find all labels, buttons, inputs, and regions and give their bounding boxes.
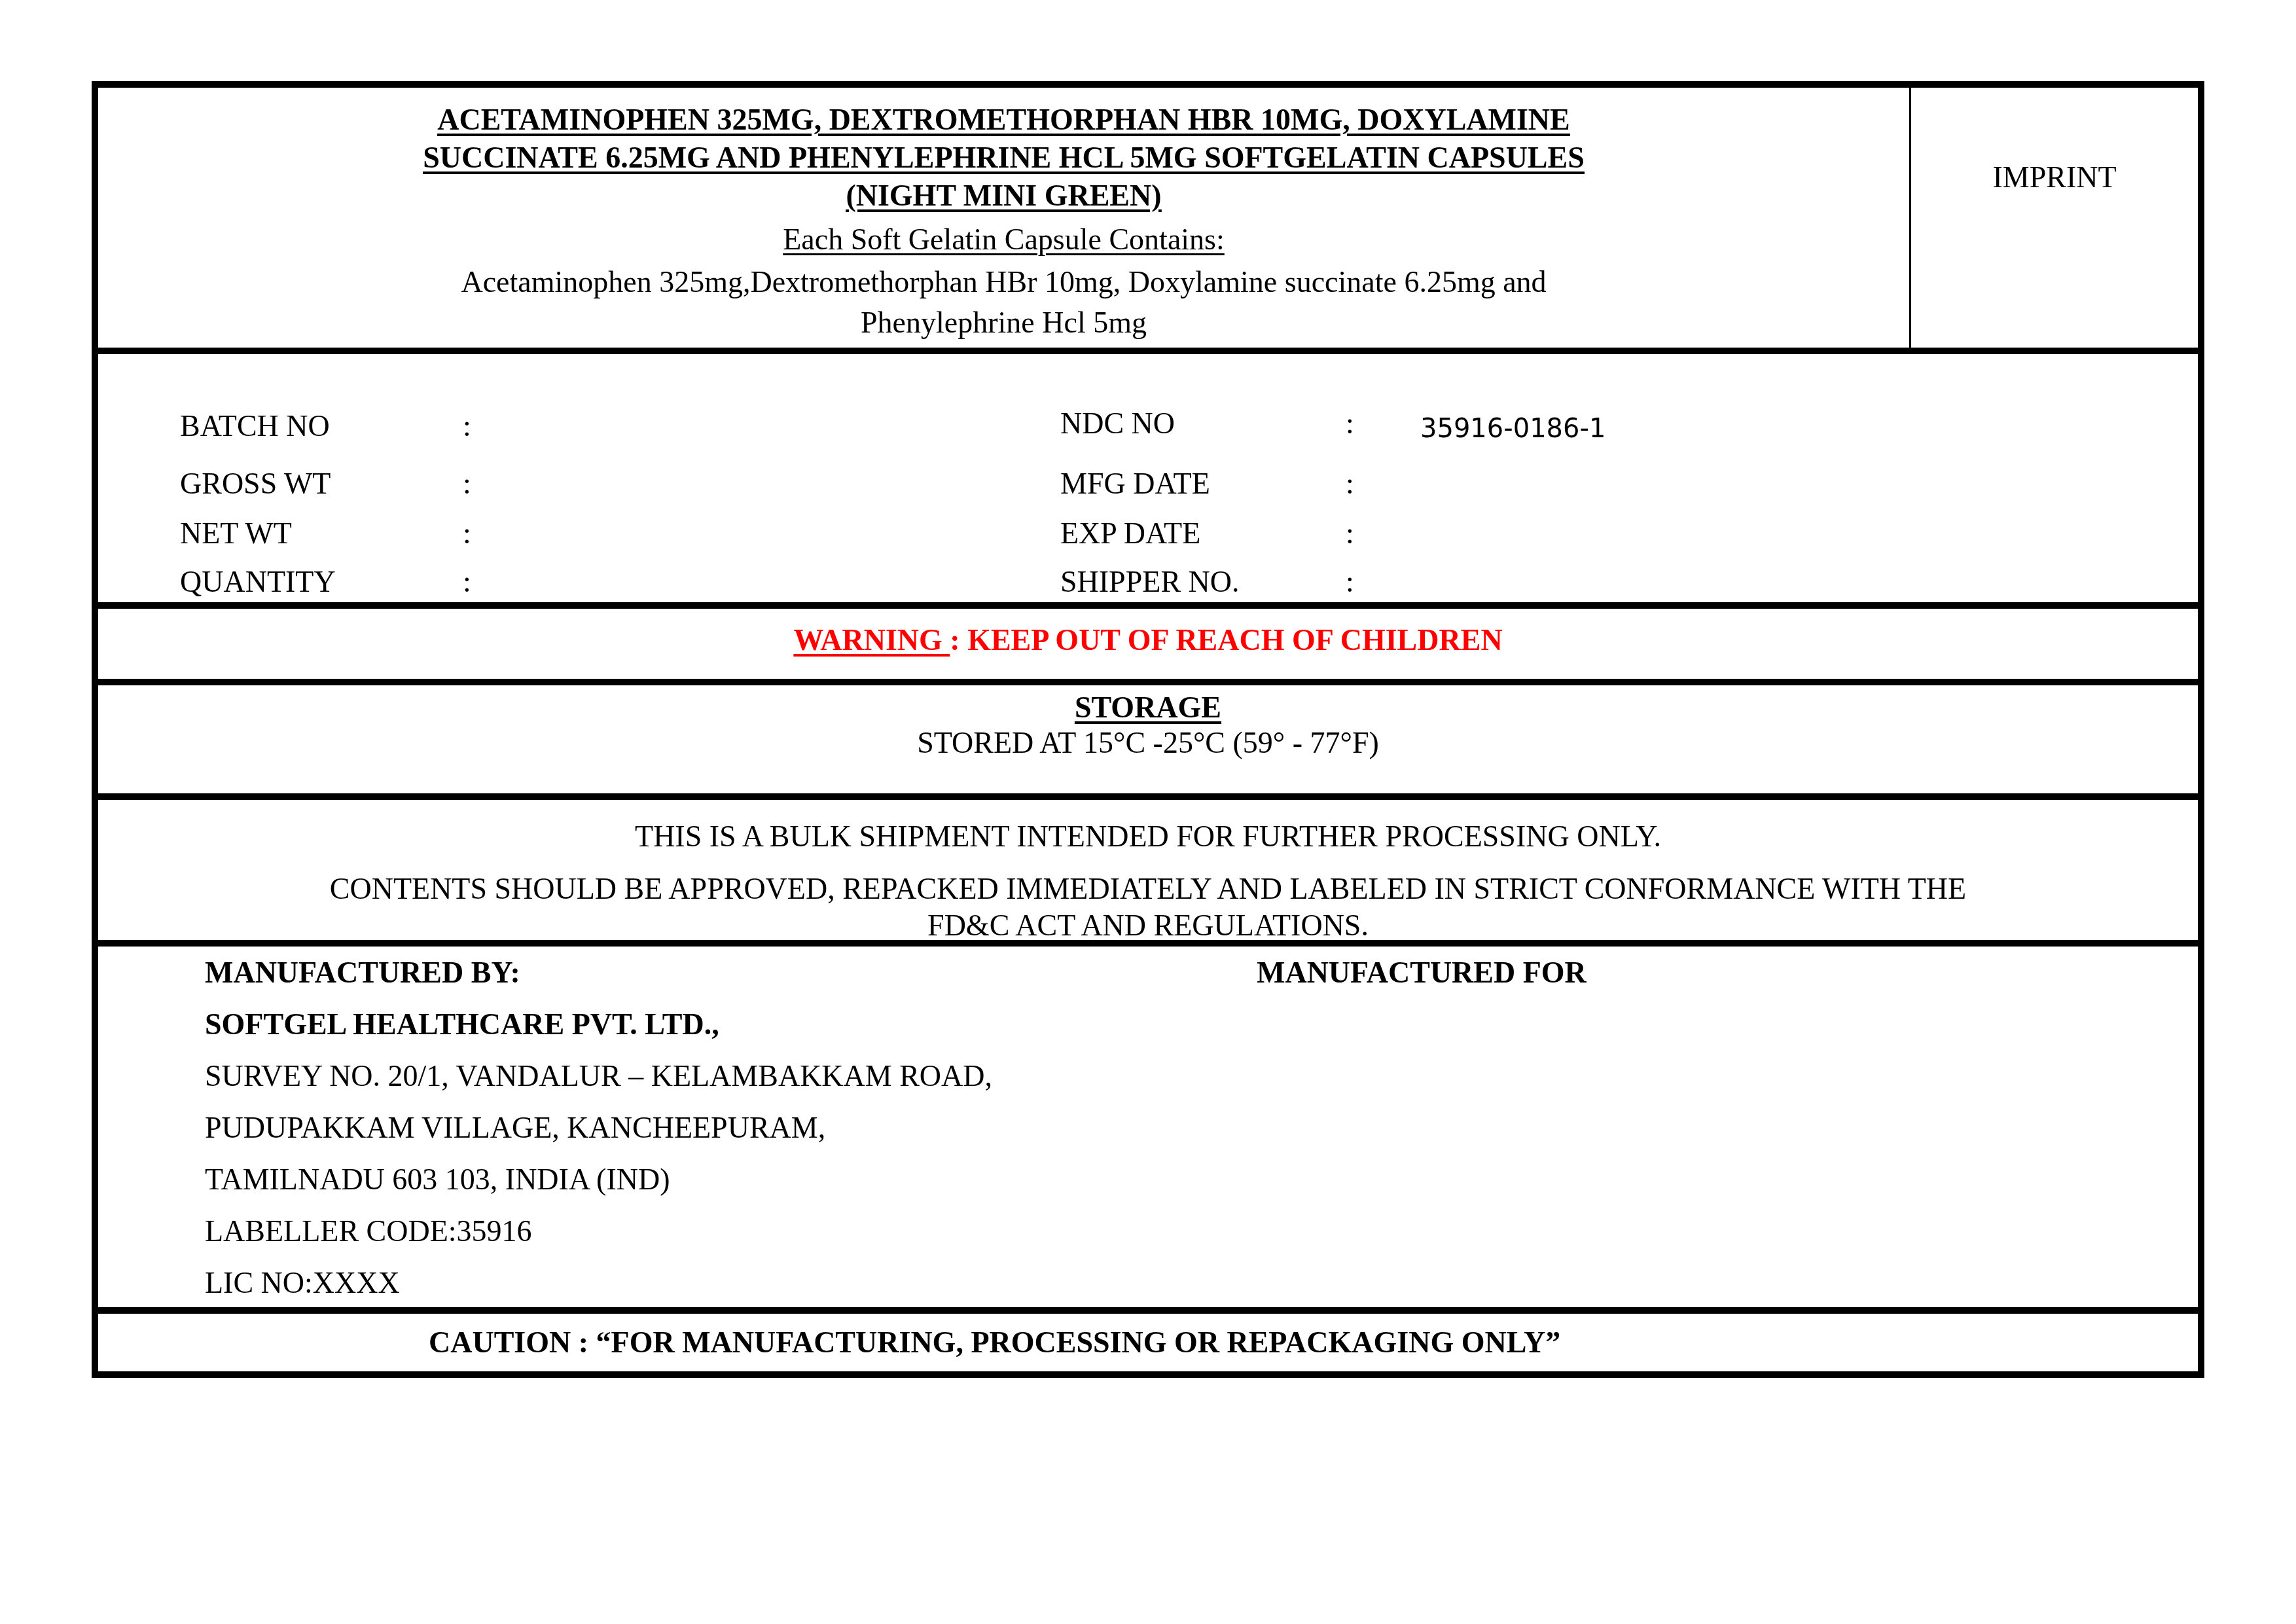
divider [98, 348, 2198, 354]
manufactured-by-heading: MANUFACTURED BY: [205, 956, 992, 1007]
storage-row: STORAGE STORED AT 15°C -25°C (59° - 77°F… [98, 685, 2198, 793]
field-separator: : [463, 516, 471, 550]
product-description-cell: ACETAMINOPHEN 325MG, DEXTROMETHORPHAN HB… [98, 88, 1911, 348]
product-title-line-3: (NIGHT MINI GREEN) [153, 177, 1855, 215]
divider [98, 793, 2198, 800]
field-separator: : [1346, 467, 1354, 501]
warning-text: WARNING : KEEP OUT OF REACH OF CHILDREN [98, 623, 2198, 657]
composition-heading: Each Soft Gelatin Capsule Contains: [98, 220, 1909, 259]
manufacturer-company: SOFTGEL HEALTHCARE PVT. LTD., [205, 1007, 992, 1059]
labeller-code: LABELLER CODE:35916 [205, 1214, 992, 1266]
imprint-cell: IMPRINT [1911, 88, 2198, 348]
field-separator: : [1346, 406, 1354, 441]
conformance-notice-line-1: CONTENTS SHOULD BE APPROVED, REPACKED IM… [98, 871, 2198, 907]
field-separator: : [463, 565, 471, 599]
field-label-mfg-date: MFG DATE [1060, 467, 1210, 501]
warning-row: WARNING : KEEP OUT OF REACH OF CHILDREN [98, 609, 2198, 679]
bulk-shipment-label: ACETAMINOPHEN 325MG, DEXTROMETHORPHAN HB… [92, 81, 2204, 1378]
bulk-shipment-notice: THIS IS A BULK SHIPMENT INTENDED FOR FUR… [98, 820, 2198, 854]
field-label-gross-wt: GROSS WT [180, 467, 331, 501]
composition-line-1: Acetaminophen 325mg,Dextromethorphan HBr… [98, 262, 1909, 302]
storage-heading: STORAGE [98, 691, 2198, 725]
manufacturer-address-line: TAMILNADU 603 103, INDIA (IND) [205, 1163, 992, 1214]
imprint-label: IMPRINT [1911, 160, 2198, 194]
divider [98, 940, 2198, 947]
field-separator: : [1346, 516, 1354, 550]
field-label-net-wt: NET WT [180, 516, 292, 550]
manufacturer-address-line: PUDUPAKKAM VILLAGE, KANCHEEPURAM, [205, 1111, 992, 1163]
field-label-ndc-no: NDC NO [1060, 406, 1175, 441]
manufacturer-address-line: SURVEY NO. 20/1, VANDALUR – KELAMBAKKAM … [205, 1059, 992, 1111]
manufactured-for-heading: MANUFACTURED FOR [1257, 956, 1587, 990]
storage-heading-text: STORAGE [1075, 691, 1221, 724]
product-header-row: ACETAMINOPHEN 325MG, DEXTROMETHORPHAN HB… [98, 88, 2198, 348]
field-separator: : [463, 467, 471, 501]
divider [98, 679, 2198, 685]
divider [98, 602, 2198, 609]
caution-row: CAUTION : “FOR MANUFACTURING, PROCESSING… [98, 1314, 2198, 1371]
divider [98, 1307, 2198, 1314]
field-label-batch-no: BATCH NO [180, 409, 330, 443]
field-value-ndc-no: 35916-0186-1 [1420, 412, 1605, 446]
product-title-line-2: SUCCINATE 6.25MG AND PHENYLEPHRINE HCL 5… [153, 139, 1855, 177]
manufactured-by-block: MANUFACTURED BY: SOFTGEL HEALTHCARE PVT.… [205, 956, 992, 1318]
product-title-line-1: ACETAMINOPHEN 325MG, DEXTROMETHORPHAN HB… [153, 101, 1855, 139]
composition-line-2: Phenylephrine Hcl 5mg [98, 302, 1909, 343]
conformance-notice: CONTENTS SHOULD BE APPROVED, REPACKED IM… [98, 871, 2198, 944]
product-title: ACETAMINOPHEN 325MG, DEXTROMETHORPHAN HB… [153, 101, 1855, 215]
composition-text: Acetaminophen 325mg,Dextromethorphan HBr… [98, 262, 1909, 343]
batch-fields-row: BATCH NO : GROSS WT : NET WT : QUANTITY … [98, 354, 2198, 602]
caution-text: CAUTION : “FOR MANUFACTURING, PROCESSING… [429, 1326, 1560, 1360]
field-label-exp-date: EXP DATE [1060, 516, 1200, 550]
field-label-quantity: QUANTITY [180, 565, 336, 599]
field-label-shipper-no: SHIPPER NO. [1060, 565, 1240, 599]
conformance-notice-line-2: FD&C ACT AND REGULATIONS. [98, 907, 2198, 944]
field-separator: : [1346, 565, 1354, 599]
manufacturer-row: MANUFACTURED BY: SOFTGEL HEALTHCARE PVT.… [98, 947, 2198, 1307]
warning-word: WARNING [793, 623, 950, 657]
field-separator: : [463, 409, 471, 443]
storage-conditions: STORED AT 15°C -25°C (59° - 77°F) [98, 726, 2198, 760]
bulk-shipment-row: THIS IS A BULK SHIPMENT INTENDED FOR FUR… [98, 800, 2198, 940]
warning-message: : KEEP OUT OF REACH OF CHILDREN [950, 623, 1502, 657]
